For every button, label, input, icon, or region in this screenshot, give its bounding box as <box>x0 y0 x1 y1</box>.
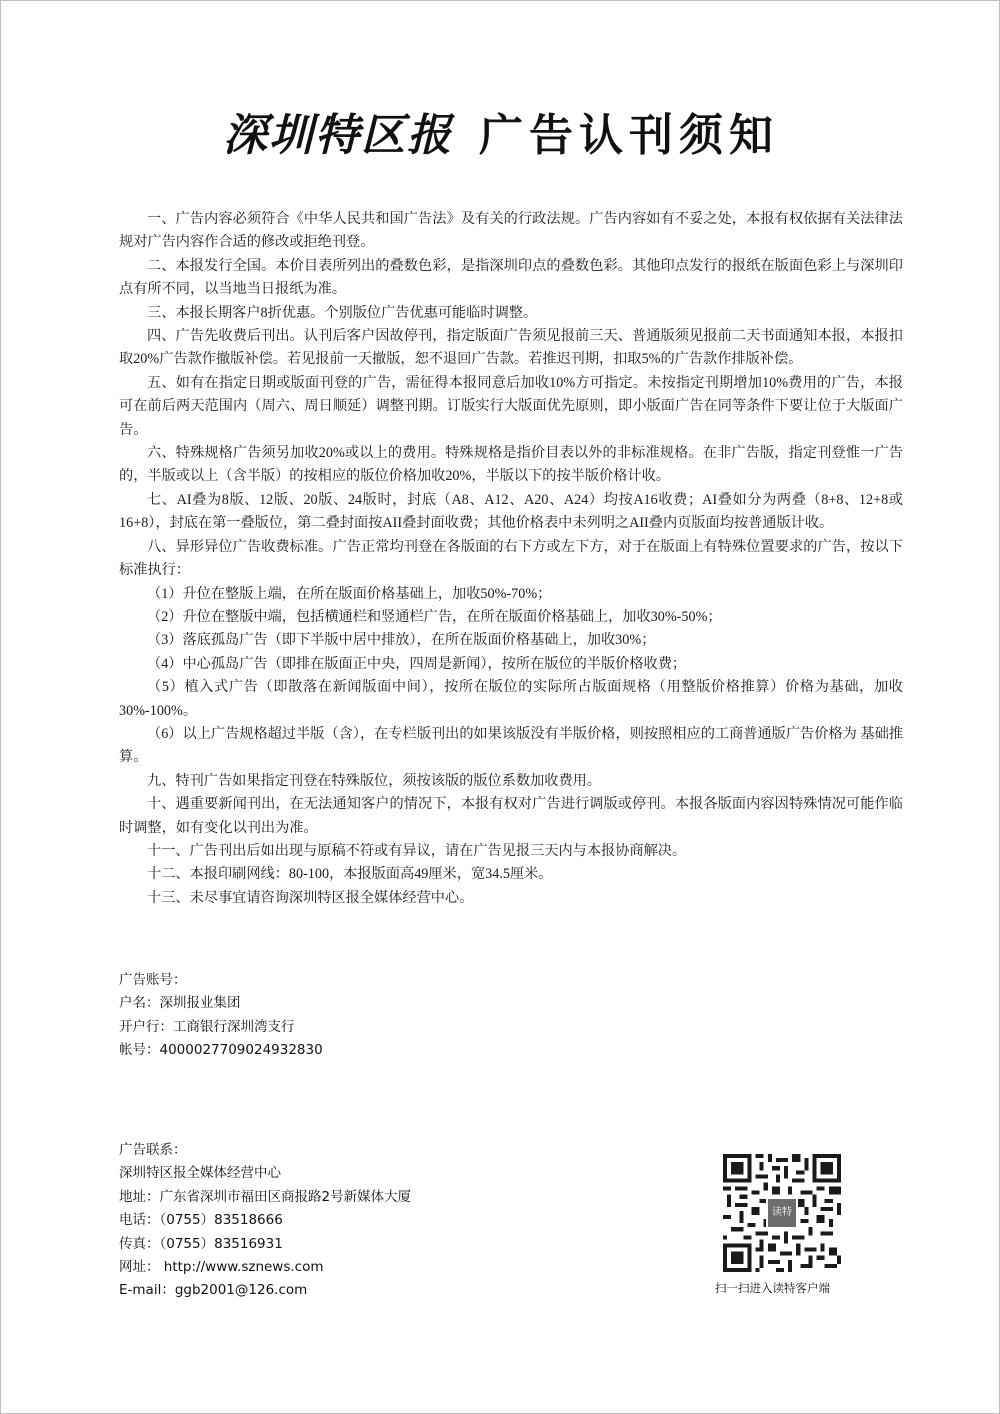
qr-caption: 扫一扫进入读特客户端 <box>715 1280 859 1296</box>
account-heading: 广告账号： <box>119 969 323 992</box>
term-13: 十三、未尽事宜请咨询深圳特区报全媒体经营中心。 <box>119 887 903 910</box>
page-title: 深圳特区报广告认刊须知 <box>1 99 1000 163</box>
term-8-sub-3: （3）落底孤岛广告（即下半版中居中排放），在所在版面价格基础上，加收30%； <box>119 629 903 652</box>
contact-website[interactable]: 网址： http://www.sznews.com <box>119 1256 411 1279</box>
contact-info: 广告联系： 深圳特区报全媒体经营中心 地址：广东省深圳市福田区商报路2号新媒体大… <box>119 1139 411 1303</box>
contact-heading: 广告联系： <box>119 1139 411 1162</box>
terms-list: 一、广告内容必须符合《中华人民共和国广告法》及有关的行政法规。广告内容如有不妥之… <box>119 208 903 910</box>
term-4: 四、广告先收费后刊出。认刊后客户因故停刊，指定版面广告须见报前三天、普通版须见报… <box>119 325 903 372</box>
account-number: 帐号：4000027709024932830 <box>119 1039 323 1062</box>
term-8: 八、异形异位广告收费标准。广告正常均刊登在各版面的右下方或左下方，对于在版面上有… <box>119 536 903 583</box>
qr-block: 读特 扫一扫进入读特客户端 <box>719 1154 859 1296</box>
term-8-sub-2: （2）升位在整版中端，包括横通栏和竖通栏广告，在所在版面价格基础上，加收30%-… <box>119 606 903 629</box>
contact-email[interactable]: E-mail：ggb2001@126.com <box>119 1279 411 1302</box>
term-1: 一、广告内容必须符合《中华人民共和国广告法》及有关的行政法规。广告内容如有不妥之… <box>119 208 903 255</box>
account-bank: 开户行：工商银行深圳湾支行 <box>119 1016 323 1039</box>
duote-logo-icon: 读特 <box>766 1197 798 1229</box>
newspaper-brand: 深圳特区报 <box>223 110 453 161</box>
term-9: 九、特刊广告如果指定刊登在特殊版位，须按该版的版位系数加收费用。 <box>119 770 903 793</box>
term-5: 五、如有在指定日期或版面刊登的广告，需征得本报同意后加收10%方可指定。未按指定… <box>119 372 903 442</box>
title-text: 广告认刊须知 <box>479 110 779 161</box>
contact-address: 地址：广东省深圳市福田区商报路2号新媒体大厦 <box>119 1186 411 1209</box>
qr-code-icon: 读特 <box>723 1154 841 1272</box>
term-8-sub-1: （1）升位在整版上端，在所在版面价格基础上，加收50%-70%； <box>119 583 903 606</box>
document-page: 深圳特区报广告认刊须知 一、广告内容必须符合《中华人民共和国广告法》及有关的行政… <box>0 0 1000 1414</box>
term-7: 七、AI叠为8版、12版、20版、24版时，封底（A8、A12、A20、A24）… <box>119 489 903 536</box>
term-8-sub-4: （4）中心孤岛广告（即排在版面正中央，四周是新闻），按所在版位的半版价格收费； <box>119 653 903 676</box>
account-info: 广告账号： 户名：深圳报业集团 开户行：工商银行深圳湾支行 帐号：4000027… <box>119 969 323 1063</box>
contact-fax: 传真：（0755）83516931 <box>119 1233 411 1256</box>
term-2: 二、本报发行全国。本价目表所列出的叠数色彩，是指深圳印点的叠数色彩。其他印点发行… <box>119 255 903 302</box>
term-8-sub-5: （5）植入式广告（即散落在新闻版面中间），按所在版位的实际所占版面规格（用整版价… <box>119 676 903 723</box>
term-6: 六、特殊规格广告须另加收20%或以上的费用。特殊规格是指价目表以外的非标准规格。… <box>119 442 903 489</box>
contact-phone: 电话：（0755）83518666 <box>119 1209 411 1232</box>
term-3: 三、本报长期客户8折优惠。个别版位广告优惠可能临时调整。 <box>119 302 903 325</box>
account-name: 户名：深圳报业集团 <box>119 992 323 1015</box>
term-10: 十、遇重要新闻刊出，在无法通知客户的情况下，本报有权对广告进行调版或停刊。本报各… <box>119 793 903 840</box>
contact-org: 深圳特区报全媒体经营中心 <box>119 1162 411 1185</box>
term-11: 十一、广告刊出后如出现与原稿不符或有异议，请在广告见报三天内与本报协商解决。 <box>119 840 903 863</box>
term-8-sub-6: （6）以上广告规格超过半版（含），在专栏版刊出的如果该版没有半版价格，则按照相应… <box>119 723 903 770</box>
term-12: 十二、本报印刷网线：80-100，本报版面高49厘米，宽34.5厘米。 <box>119 863 903 886</box>
